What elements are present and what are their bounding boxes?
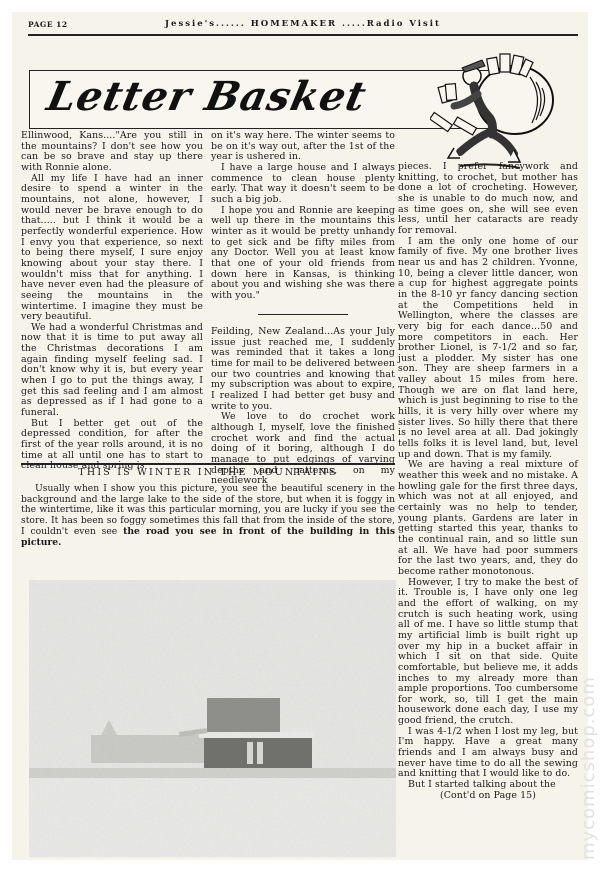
letter-paragraph: I have a large house and I always commen… — [211, 163, 395, 206]
feature-title: THIS IS WINTER IN THE MOUNTAINS — [21, 467, 395, 478]
letter-paragraph: I hope you and Ronnie are keeping well u… — [211, 206, 395, 302]
letter-paragraph: All my life I have had an inner desire t… — [21, 174, 203, 323]
letter-paragraph: pieces. I prefer fancywork and knitting,… — [398, 162, 578, 237]
letter-paragraph: Ellinwood, Kans...."Are you still in the… — [21, 131, 203, 174]
watermark: mycomicshop.com — [578, 600, 598, 860]
letter-paragraph: on it's way here. The winter seems to be… — [211, 131, 395, 163]
letter-paragraph: I was 4-1/2 when I lost my leg, but I'm … — [398, 727, 578, 780]
article-column-3: pieces. I prefer fancywork and knitting,… — [398, 162, 578, 801]
letter-paragraph: I am the only one home of our family of … — [398, 237, 578, 461]
feature-rule — [21, 463, 395, 465]
running-header: PAGE 12 Jessie's...... HOMEMAKER .....Ra… — [28, 18, 578, 32]
article-column-2: on it's way here. The winter seems to be… — [211, 131, 395, 487]
article-column-1: Ellinwood, Kans...."Are you still in the… — [21, 131, 203, 472]
store-in-fog-image — [29, 580, 396, 857]
letter-separator — [258, 314, 348, 316]
foggy-winter-store-photo — [29, 580, 396, 857]
feature-caption: Usually when I show you this picture, yo… — [21, 484, 395, 548]
header-rule — [28, 34, 578, 36]
mailman-carrying-letter-sack-icon — [430, 42, 560, 172]
letter-paragraph: However, I try to make the best of it. T… — [398, 578, 578, 727]
letter-paragraph: We had a wonderful Christmas and now tha… — [21, 323, 203, 419]
continuation-note: (Cont'd on Page 15) — [398, 791, 578, 802]
section-heading: Letter Basket — [43, 73, 371, 120]
letter-paragraph: We are having a real mixture of weather … — [398, 460, 578, 577]
magazine-page: PAGE 12 Jessie's...... HOMEMAKER .....Ra… — [12, 12, 588, 860]
publication-title: Jessie's...... HOMEMAKER .....Radio Visi… — [28, 19, 578, 29]
letter-paragraph: Feilding, New Zealand...As your July iss… — [211, 327, 395, 412]
